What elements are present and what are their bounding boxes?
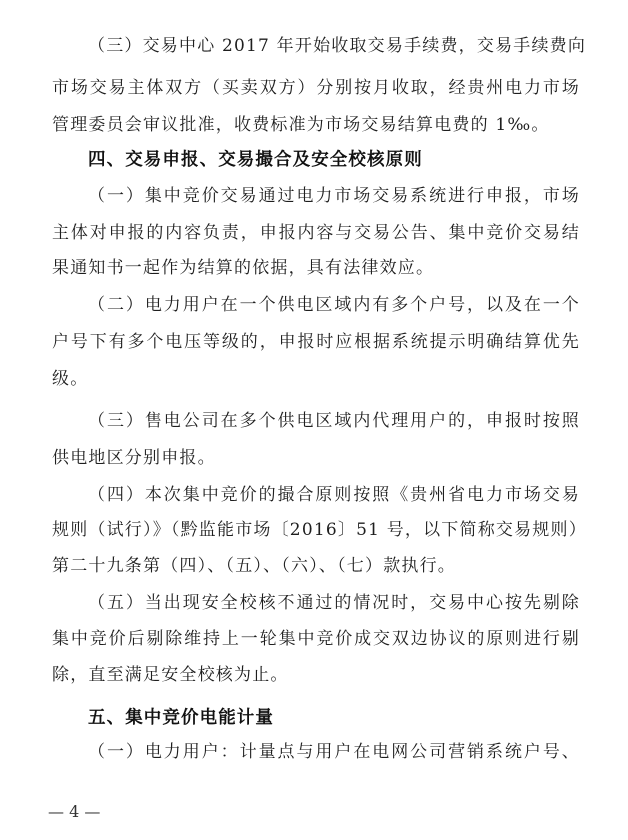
paragraph-line: 规则（试行）》（黔监能市场〔2016〕51 号，以下简称交易规则）	[52, 515, 580, 545]
paragraph-line: 第二十九条第（四）、（五）、（六）、（七）款执行。	[52, 551, 456, 581]
paragraph-line: 除，直至满足安全校核为止。	[52, 660, 289, 690]
paragraph-line: 供电地区分别申报。	[52, 443, 216, 473]
paragraph-line: （一）集中竞价交易通过电力市场交易系统进行申报，市场	[88, 181, 580, 211]
paragraph-line: （二）电力用户在一个供电区域内有多个户号，以及在一个	[88, 290, 580, 320]
section-heading-4: 四、交易申报、交易撮合及安全校核原则	[88, 145, 423, 175]
document-page: （三）交易中心 2017 年开始收取交易手续费，交易手续费向 市场交易主体双方（…	[0, 0, 628, 840]
paragraph-line: 主体对申报的内容负责，申报内容与交易公告、集中竞价交易结	[52, 218, 580, 248]
paragraph-line: （三）售电公司在多个供电区域内代理用户的，申报时按照	[88, 406, 580, 436]
paragraph-line: （三）交易中心 2017 年开始收取交易手续费，交易手续费向	[88, 31, 580, 61]
paragraph-line: 市场交易主体双方（买卖双方）分别按月收取，经贵州电力市场	[52, 73, 580, 103]
paragraph-line: 户号下有多个电压等级的，申报时应根据系统提示明确结算优先	[52, 327, 580, 357]
paragraph-line: 管理委员会审议批准，收费标准为市场交易结算电费的 1‰。	[52, 110, 550, 140]
paragraph-line: （五）当出现安全校核不通过的情况时，交易中心按先剔除	[88, 588, 580, 618]
page-number: — 4 —	[48, 798, 100, 826]
paragraph-line: 集中竞价后剔除维持上一轮集中竞价成交双边协议的原则进行剔	[52, 624, 580, 654]
paragraph-line: 果通知书一起作为结算的依据，具有法律效应。	[52, 253, 434, 283]
paragraph-line: （四）本次集中竞价的撮合原则按照《贵州省电力市场交易	[88, 480, 580, 510]
paragraph-line: （一）电力用户：计量点与用户在电网公司营销系统户号、	[88, 737, 580, 767]
paragraph-line: 级。	[52, 364, 88, 394]
section-heading-5: 五、集中竞价电能计量	[88, 703, 274, 733]
